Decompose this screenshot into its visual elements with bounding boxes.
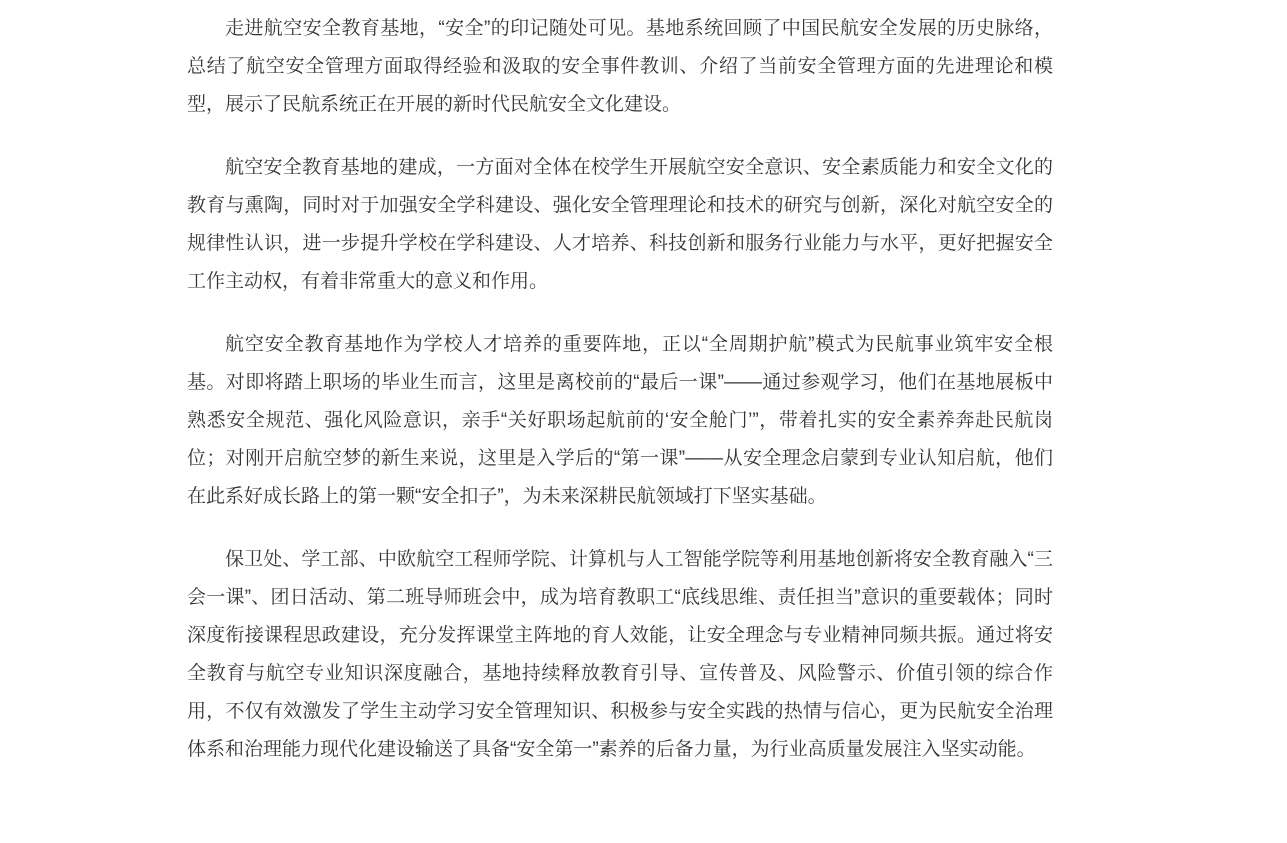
paragraph-3: 航空安全教育基地作为学校人才培养的重要阵地，正以“全周期护航”模式为民航事业筑牢… xyxy=(187,326,1053,516)
paragraph-2: 航空安全教育基地的建成，一方面对全体在校学生开展航空安全意识、安全素质能力和安全… xyxy=(187,149,1053,301)
article-body: 走进航空安全教育基地，“安全”的印记随处可见。基地系统回顾了中国民航安全发展的历… xyxy=(187,10,1053,769)
document-page: 走进航空安全教育基地，“安全”的印记随处可见。基地系统回顾了中国民航安全发展的历… xyxy=(0,0,1287,843)
paragraph-4: 保卫处、学工部、中欧航空工程师学院、计算机与人工智能学院等利用基地创新将安全教育… xyxy=(187,541,1053,769)
paragraph-1: 走进航空安全教育基地，“安全”的印记随处可见。基地系统回顾了中国民航安全发展的历… xyxy=(187,10,1053,124)
